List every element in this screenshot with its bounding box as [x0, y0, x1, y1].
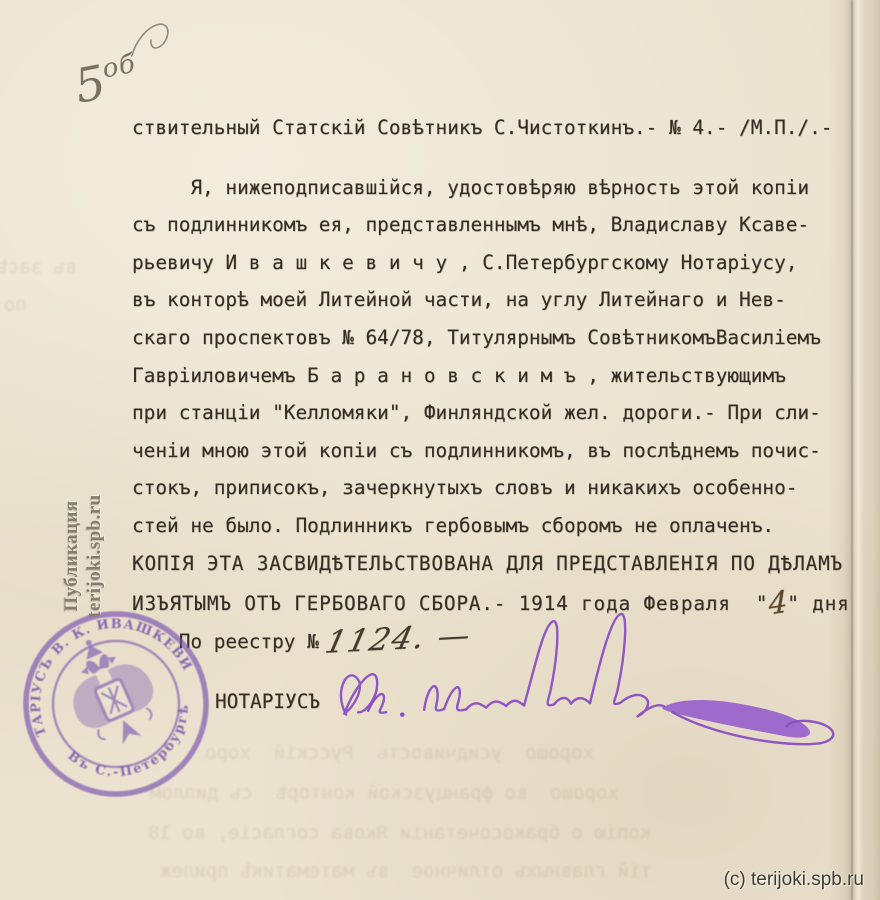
typed-line: при станціи "Келломяки", Финляндской жел…	[132, 394, 848, 432]
notary-seal-stamp: НОТАРІУСЪ В. К. ИВАШКЕВИЧЪ Въ С.-Петербу…	[16, 604, 216, 804]
typed-line: съ подлинникомъ ея, представленнымъ мнѣ,…	[132, 206, 848, 244]
bleed-through-text: по выдачѣ его	[0, 294, 27, 316]
typed-line: КОПІЯ ЭТА ЗАСВИДѢТЕЛЬСТВОВАНА ДЛЯ ПРЕДСТ…	[132, 545, 848, 583]
bleed-through-text: тій главныхъ отличное въ математикѣ прил…	[160, 860, 652, 882]
stamp-top-text: НОТАРІУСЪ В. К. ИВАШКЕВИЧЪ	[16, 604, 196, 747]
typed-paragraph: Я, нижеподписавшійся, удостовѣряю вѣрнос…	[132, 169, 848, 583]
typed-line: скаго проспектовъ № 64/78, Титулярнымъ С…	[132, 319, 848, 357]
typed-line: рьевичу И в а ш к е в и ч у , С.Петербур…	[132, 244, 848, 282]
typed-line: Гавріиловичемъ Б а р а н о в с к и м ъ ,…	[132, 357, 848, 395]
typed-line: въ конторѣ моей Литейной части, на углу …	[132, 281, 848, 319]
site-watermark: Публикация terijoki.spb.ru	[61, 494, 107, 617]
notary-title: НОТАРІУСЪ	[215, 690, 320, 713]
watermark-line1: Публикация	[61, 494, 84, 617]
bleed-through-text: копію о бракосочетаніи Якова согласіе, в…	[148, 822, 651, 844]
document-body: ствительный Статскій Совѣтникъ С.Чистотк…	[132, 109, 848, 657]
typed-line: стей не было. Подлинникъ гербовымъ сборо…	[132, 507, 848, 545]
bleed-through-text: въ засѣдані и пок	[0, 256, 76, 278]
typed-line: стокъ, приписокъ, зачеркнутыхъ словъ и н…	[132, 469, 848, 507]
typed-line: ченіи мною этой копіи съ подлинникомъ, в…	[132, 432, 848, 470]
typed-line: Я, нижеподписавшійся, удостовѣряю вѣрнос…	[132, 169, 848, 207]
notary-signature: Вл. Ивашкевичъ	[322, 608, 867, 793]
header-line: ствительный Статскій Совѣтникъ С.Чистотк…	[132, 109, 848, 147]
watermark-line2: terijoki.spb.ru	[84, 494, 107, 617]
scanned-document-page: { "colors":{ "paper":"#ebe2cf","ink":"#3…	[0, 0, 880, 900]
copyright-label: (c) terijoki.spb.ru	[724, 869, 864, 891]
svg-text:НОТАРІУСЪ В. К. ИВАШКЕВИЧЪ: НОТАРІУСЪ В. К. ИВАШКЕВИЧЪ	[16, 604, 196, 747]
